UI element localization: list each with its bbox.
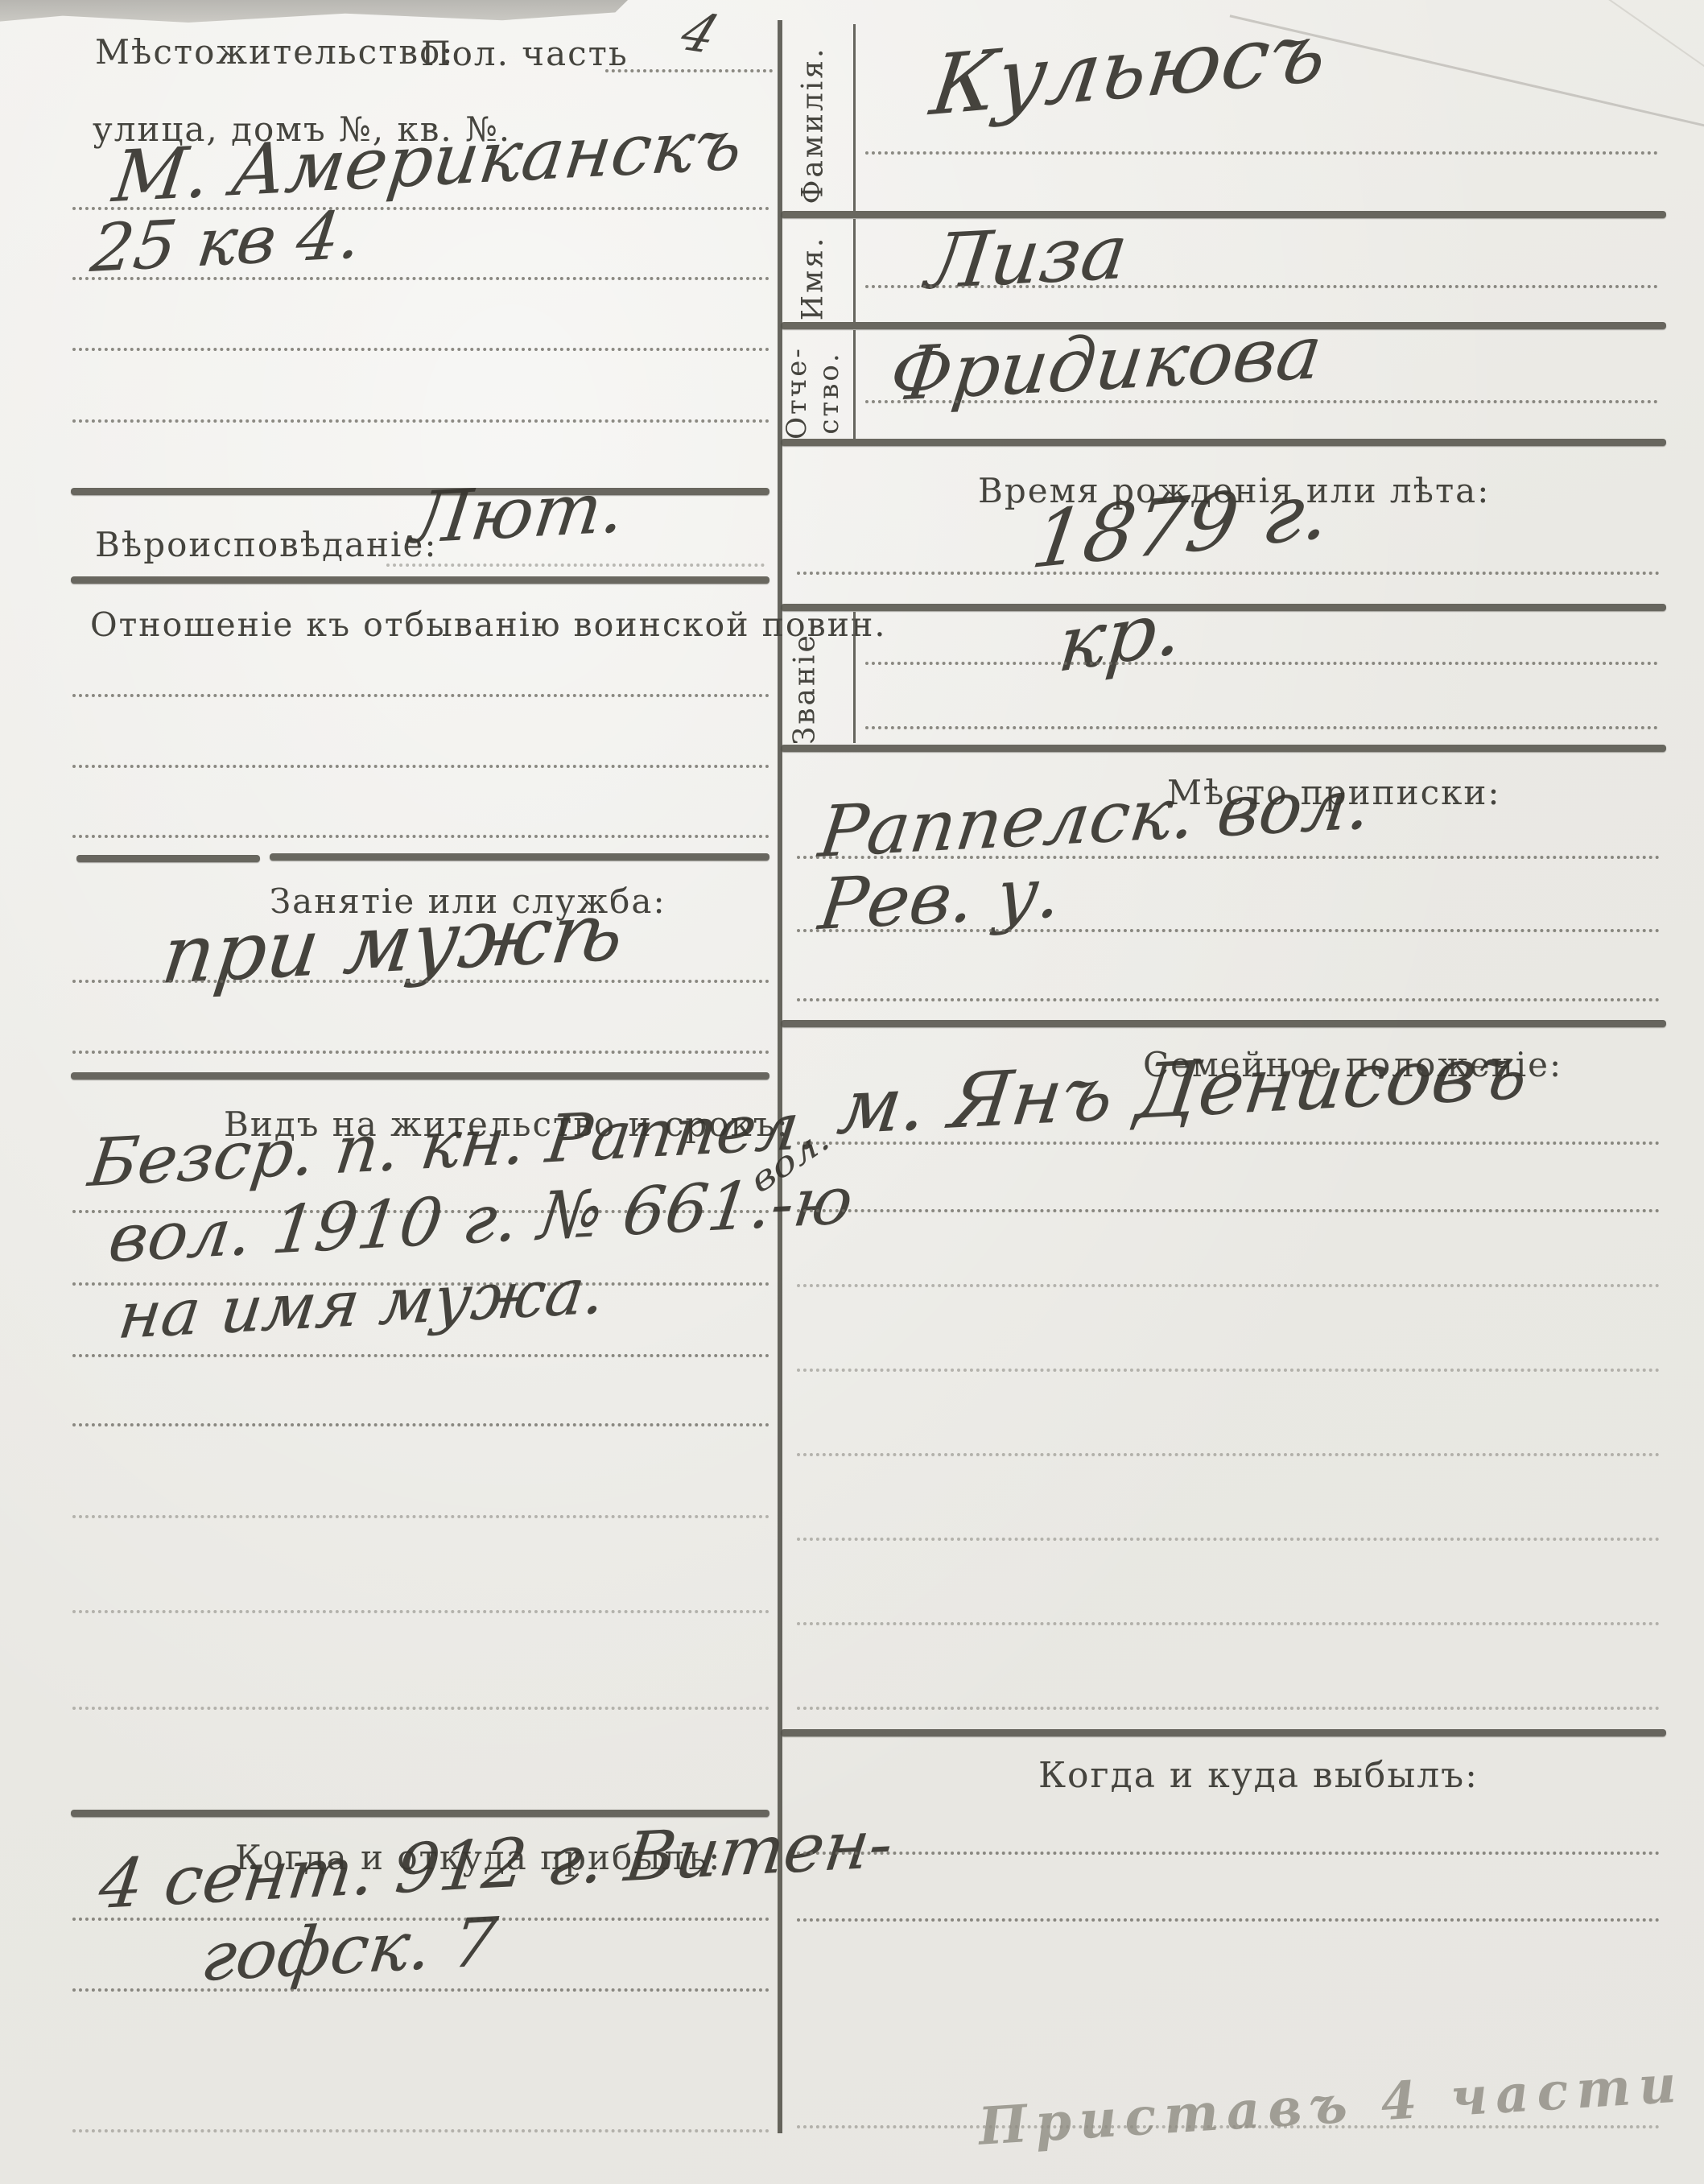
religion-label: Вѣроисповѣданіе: xyxy=(95,525,437,564)
dotted-line xyxy=(797,1707,1660,1710)
name-label: Имя. xyxy=(797,218,830,339)
section-rule xyxy=(270,853,769,861)
address-line: 25 кв 4. xyxy=(87,197,365,287)
field-strip-divider xyxy=(853,219,856,322)
dotted-line xyxy=(797,572,1660,575)
dotted-line xyxy=(865,726,1658,729)
dotted-line xyxy=(72,1515,769,1518)
dotted-line xyxy=(72,765,769,768)
dotted-line xyxy=(72,1707,769,1710)
dotted-line xyxy=(72,1051,769,1054)
field-strip-divider xyxy=(853,330,856,439)
section-rule xyxy=(781,745,1666,752)
dotted-line xyxy=(865,151,1658,155)
dotted-line xyxy=(797,1852,1660,1855)
section-rule xyxy=(781,1020,1666,1027)
section-rule xyxy=(71,1072,769,1080)
dotted-line xyxy=(797,998,1660,1001)
police-part-dotted-line xyxy=(605,69,773,72)
arrival-line: гофск. 7 xyxy=(197,1902,501,1996)
name-value: Лиза xyxy=(922,208,1133,307)
field-strip-divider xyxy=(853,24,856,211)
dotted-line xyxy=(72,1988,769,1992)
police-part-label: Пол. часть xyxy=(421,34,629,73)
dotted-line xyxy=(865,400,1658,403)
rank-value: кр. xyxy=(1054,582,1186,690)
surname-value: Кульюсъ xyxy=(926,2,1332,134)
section-rule xyxy=(76,855,260,862)
dotted-line xyxy=(797,1453,1660,1456)
field-strip-divider xyxy=(853,612,856,743)
dotted-line xyxy=(797,1918,1660,1922)
dotted-line xyxy=(797,1284,1660,1287)
registration-card: Мѣстожительство: Пол. часть 4 улица, дом… xyxy=(0,0,1704,2184)
section-rule xyxy=(781,604,1666,611)
religion-value: Лют. xyxy=(406,465,629,559)
section-rule xyxy=(781,439,1666,446)
dotted-line xyxy=(72,2129,769,2132)
paper-crease xyxy=(1535,0,1704,87)
section-rule xyxy=(781,1729,1666,1736)
dotted-line xyxy=(797,1538,1660,1541)
dotted-line xyxy=(72,348,769,351)
police-stamp: Приставъ 4 части xyxy=(977,2054,1686,2157)
police-part-value: 4 xyxy=(672,2,726,66)
dotted-line xyxy=(797,1209,1660,1212)
dotted-line xyxy=(797,929,1660,932)
patronymic-label-line: ство. xyxy=(813,328,845,457)
occupation-value: при мужѣ xyxy=(157,884,629,1002)
dotted-line xyxy=(72,835,769,838)
rank-label: Званіе. xyxy=(789,611,822,756)
dotted-line xyxy=(72,980,769,983)
dotted-line xyxy=(386,564,765,567)
patronymic-label-line: Отче- xyxy=(781,328,813,457)
dotted-line xyxy=(72,419,769,423)
dotted-line xyxy=(797,1622,1660,1625)
family-value: м. Янъ Денисовъ xyxy=(833,1029,1533,1152)
dotted-line xyxy=(797,1142,1660,1145)
dotted-line xyxy=(865,662,1658,665)
dotted-line xyxy=(72,1423,769,1426)
torn-edge xyxy=(0,0,628,23)
dotted-line xyxy=(72,1610,769,1613)
dotted-line xyxy=(865,285,1658,288)
section-rule xyxy=(781,211,1666,218)
dotted-line xyxy=(797,1369,1660,1372)
dotted-line xyxy=(72,277,769,280)
residence-label: Мѣстожительство: xyxy=(95,32,454,72)
dotted-line xyxy=(72,694,769,697)
dotted-line xyxy=(72,1354,769,1357)
patronymic-label: Отче- ство. xyxy=(781,328,845,457)
military-service-label: Отношеніе къ отбыванію воинской повин. xyxy=(90,605,886,644)
surname-label: Фамилія. xyxy=(797,37,830,214)
section-rule xyxy=(71,576,769,584)
departure-label: Когда и куда выбылъ: xyxy=(1038,1755,1479,1796)
